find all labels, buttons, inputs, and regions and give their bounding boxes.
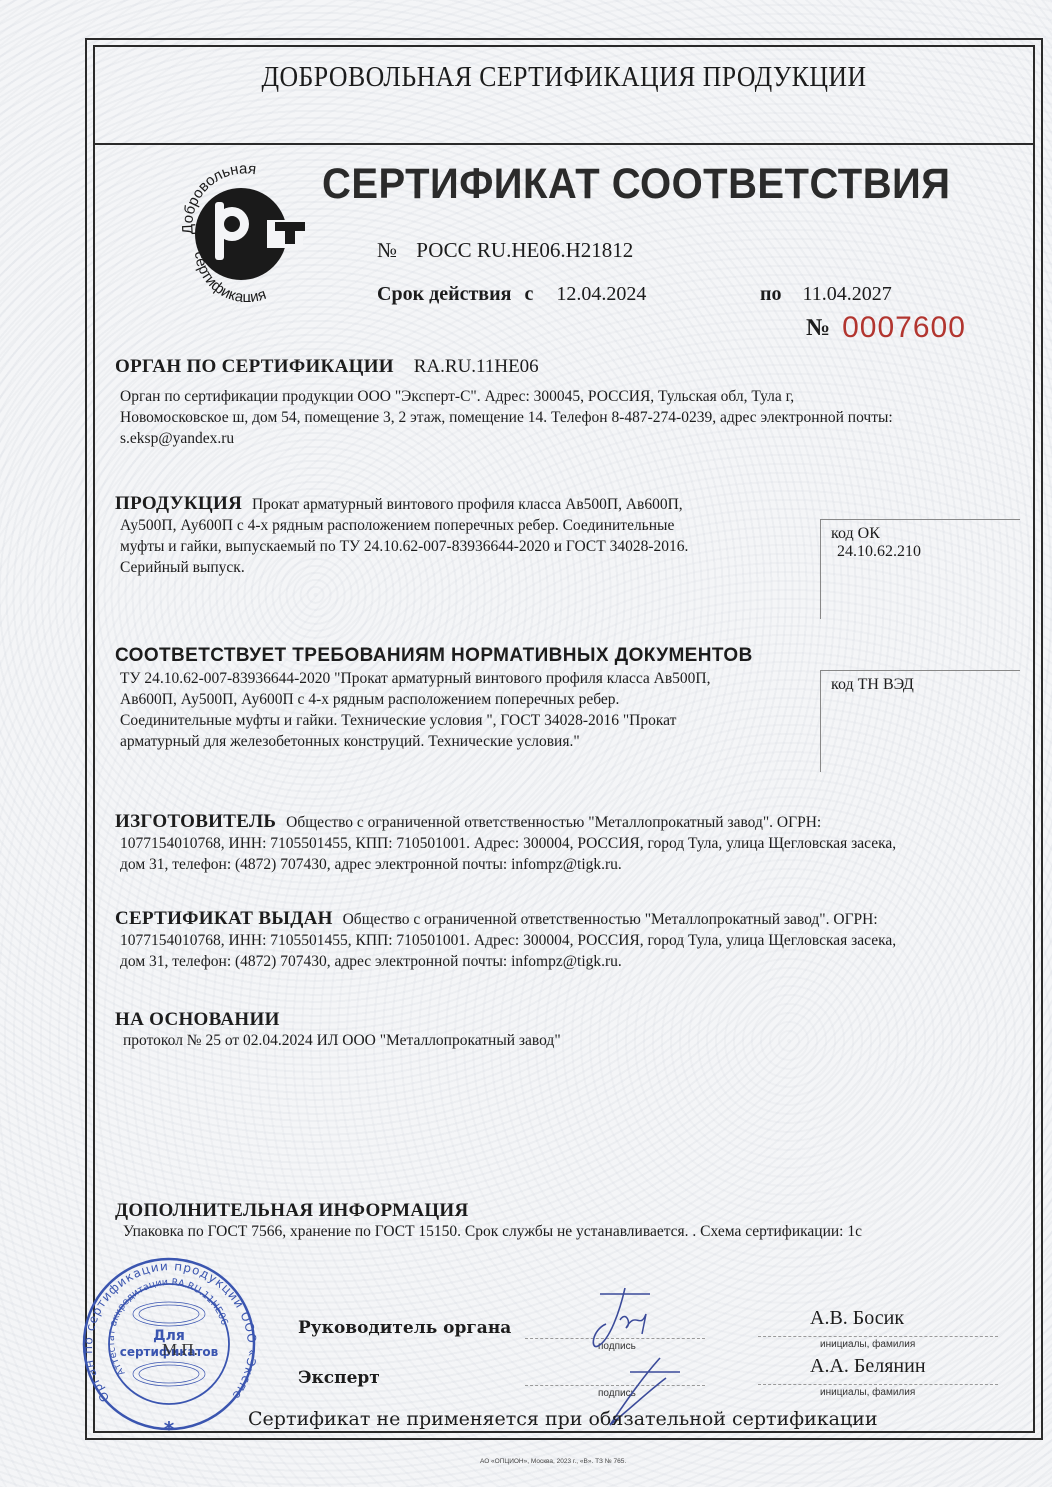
footer-note: Сертификат не применяется при обязательн… — [248, 1408, 878, 1430]
certificate-number: № РОСС RU.НЕ06.Н21812 — [377, 238, 633, 263]
certification-body-code: RA.RU.11НЕ06 — [414, 356, 539, 377]
manufacturer-line: Общество с ограниченной ответственностью… — [286, 814, 821, 831]
ok-code-value: 24.10.62.210 — [831, 543, 1010, 561]
issued-to-heading: СЕРТИФИКАТ ВЫДАН — [115, 908, 333, 929]
issued-to-line: Общество с ограниченной ответственностью… — [343, 911, 878, 928]
expert-label: Эксперт — [298, 1368, 380, 1388]
certification-body-line: s.eksp@yandex.ru — [115, 428, 1025, 449]
conformity-line: арматурный для железобетонных конструций… — [115, 731, 815, 752]
rst-logo-icon: Добровольная сертификация — [175, 162, 315, 302]
conformity-heading: СООТВЕТСТВУЕТ ТРЕБОВАНИЯМ НОРМАТИВНЫХ ДО… — [115, 645, 815, 666]
head-name-line — [758, 1336, 998, 1337]
expert-name-caption: инициалы, фамилия — [820, 1387, 915, 1398]
conformity-line: Соединительные муфты и гайки. Технически… — [115, 710, 815, 731]
to-date: 11.04.2027 — [803, 283, 892, 305]
head-name: А.В. Босик — [810, 1307, 904, 1330]
voluntary-certification-title: ДОБРОВОЛЬНАЯ СЕРТИФИКАЦИЯ ПРОДУКЦИИ — [131, 62, 998, 94]
manufacturer-section: ИЗГОТОВИТЕЛЬ Общество с ограниченной отв… — [115, 811, 1030, 875]
certification-body-heading: ОРГАН ПО СЕРТИФИКАЦИИ — [115, 356, 394, 377]
expert-name-line — [758, 1384, 998, 1385]
from-date: 12.04.2024 — [556, 283, 646, 305]
additional-info-text: Упаковка по ГОСТ 7566, хранение по ГОСТ … — [115, 1221, 1025, 1242]
seal-place-label: М.П. — [162, 1340, 198, 1360]
certification-body-line: Орган по сертификации продукции ООО "Экс… — [115, 386, 1025, 407]
from-label: с — [524, 283, 533, 305]
certification-body-section: ОРГАН ПО СЕРТИФИКАЦИИ RA.RU.11НЕ06 Орган… — [115, 356, 1025, 449]
head-name-caption: инициалы, фамилия — [820, 1339, 915, 1350]
tnved-code-box: код ТН ВЭД — [820, 670, 1020, 772]
issued-to-line: дом 31, телефон: (4872) 707430, адрес эл… — [115, 951, 1030, 972]
product-line: Серийный выпуск. — [115, 557, 815, 578]
basis-text: протокол № 25 от 02.04.2024 ИЛ ООО "Мета… — [115, 1030, 1015, 1051]
product-line: муфты и гайки, выпускаемый по ТУ 24.10.6… — [115, 536, 815, 557]
manufacturer-heading: ИЗГОТОВИТЕЛЬ — [115, 811, 276, 832]
head-of-body-label: Руководитель органа — [298, 1318, 511, 1338]
certificate-title: СЕРТИФИКАТ СООТВЕТСТВИЯ — [322, 160, 950, 209]
product-line: Прокат арматурный винтового профиля клас… — [252, 496, 683, 513]
number-label: № — [377, 238, 397, 262]
tnved-code-label: код ТН ВЭД — [831, 676, 1010, 694]
printer-imprint: АО «ОПЦИОН», Москва, 2023 г., «В». ТЗ № … — [480, 1458, 626, 1465]
basis-heading: НА ОСНОВАНИИ — [115, 1009, 1015, 1030]
manufacturer-line: 1077154010768, ИНН: 7105501455, КПП: 710… — [115, 833, 1030, 854]
expert-name: А.А. Белянин — [810, 1355, 926, 1378]
to-label: по — [760, 283, 782, 305]
product-heading: ПРОДУКЦИЯ — [115, 493, 242, 514]
serial-value: 0007600 — [842, 311, 966, 344]
number-value: РОСС RU.НЕ06.Н21812 — [416, 238, 633, 262]
manufacturer-line: дом 31, телефон: (4872) 707430, адрес эл… — [115, 854, 1030, 875]
conformity-line: ТУ 24.10.62-007-83936644-2020 "Прокат ар… — [115, 668, 815, 689]
validity-to: по 11.04.2027 — [760, 283, 892, 306]
ok-code-box: код ОК 24.10.62.210 — [820, 519, 1020, 619]
validity-label: Срок действия — [377, 283, 511, 305]
conformity-line: Ав600П, Ау500П, Ау600П с 4-х рядным расп… — [115, 689, 815, 710]
issued-to-line: 1077154010768, ИНН: 7105501455, КПП: 710… — [115, 930, 1030, 951]
ok-code-label: код ОК — [831, 525, 1010, 543]
issued-to-section: СЕРТИФИКАТ ВЫДАН Общество с ограниченной… — [115, 908, 1030, 972]
serial-number: № 0007600 — [806, 311, 966, 345]
basis-section: НА ОСНОВАНИИ протокол № 25 от 02.04.2024… — [115, 1009, 1015, 1051]
product-line: Ау500П, Ау600П с 4-х рядным расположение… — [115, 515, 815, 536]
additional-info-section: ДОПОЛНИТЕЛЬНАЯ ИНФОРМАЦИЯ Упаковка по ГО… — [115, 1200, 1025, 1242]
serial-label: № — [806, 315, 830, 341]
conformity-section: СООТВЕТСТВУЕТ ТРЕБОВАНИЯМ НОРМАТИВНЫХ ДО… — [115, 645, 815, 752]
validity-from: Срок действия с 12.04.2024 — [377, 283, 646, 306]
svg-text:*: * — [164, 1417, 175, 1441]
product-section: ПРОДУКЦИЯ Прокат арматурный винтового пр… — [115, 493, 815, 578]
additional-info-heading: ДОПОЛНИТЕЛЬНАЯ ИНФОРМАЦИЯ — [115, 1200, 1025, 1221]
certification-body-line: Новомосковское ш, дом 54, помещение 3, 2… — [115, 407, 1025, 428]
header-divider — [93, 143, 1035, 145]
